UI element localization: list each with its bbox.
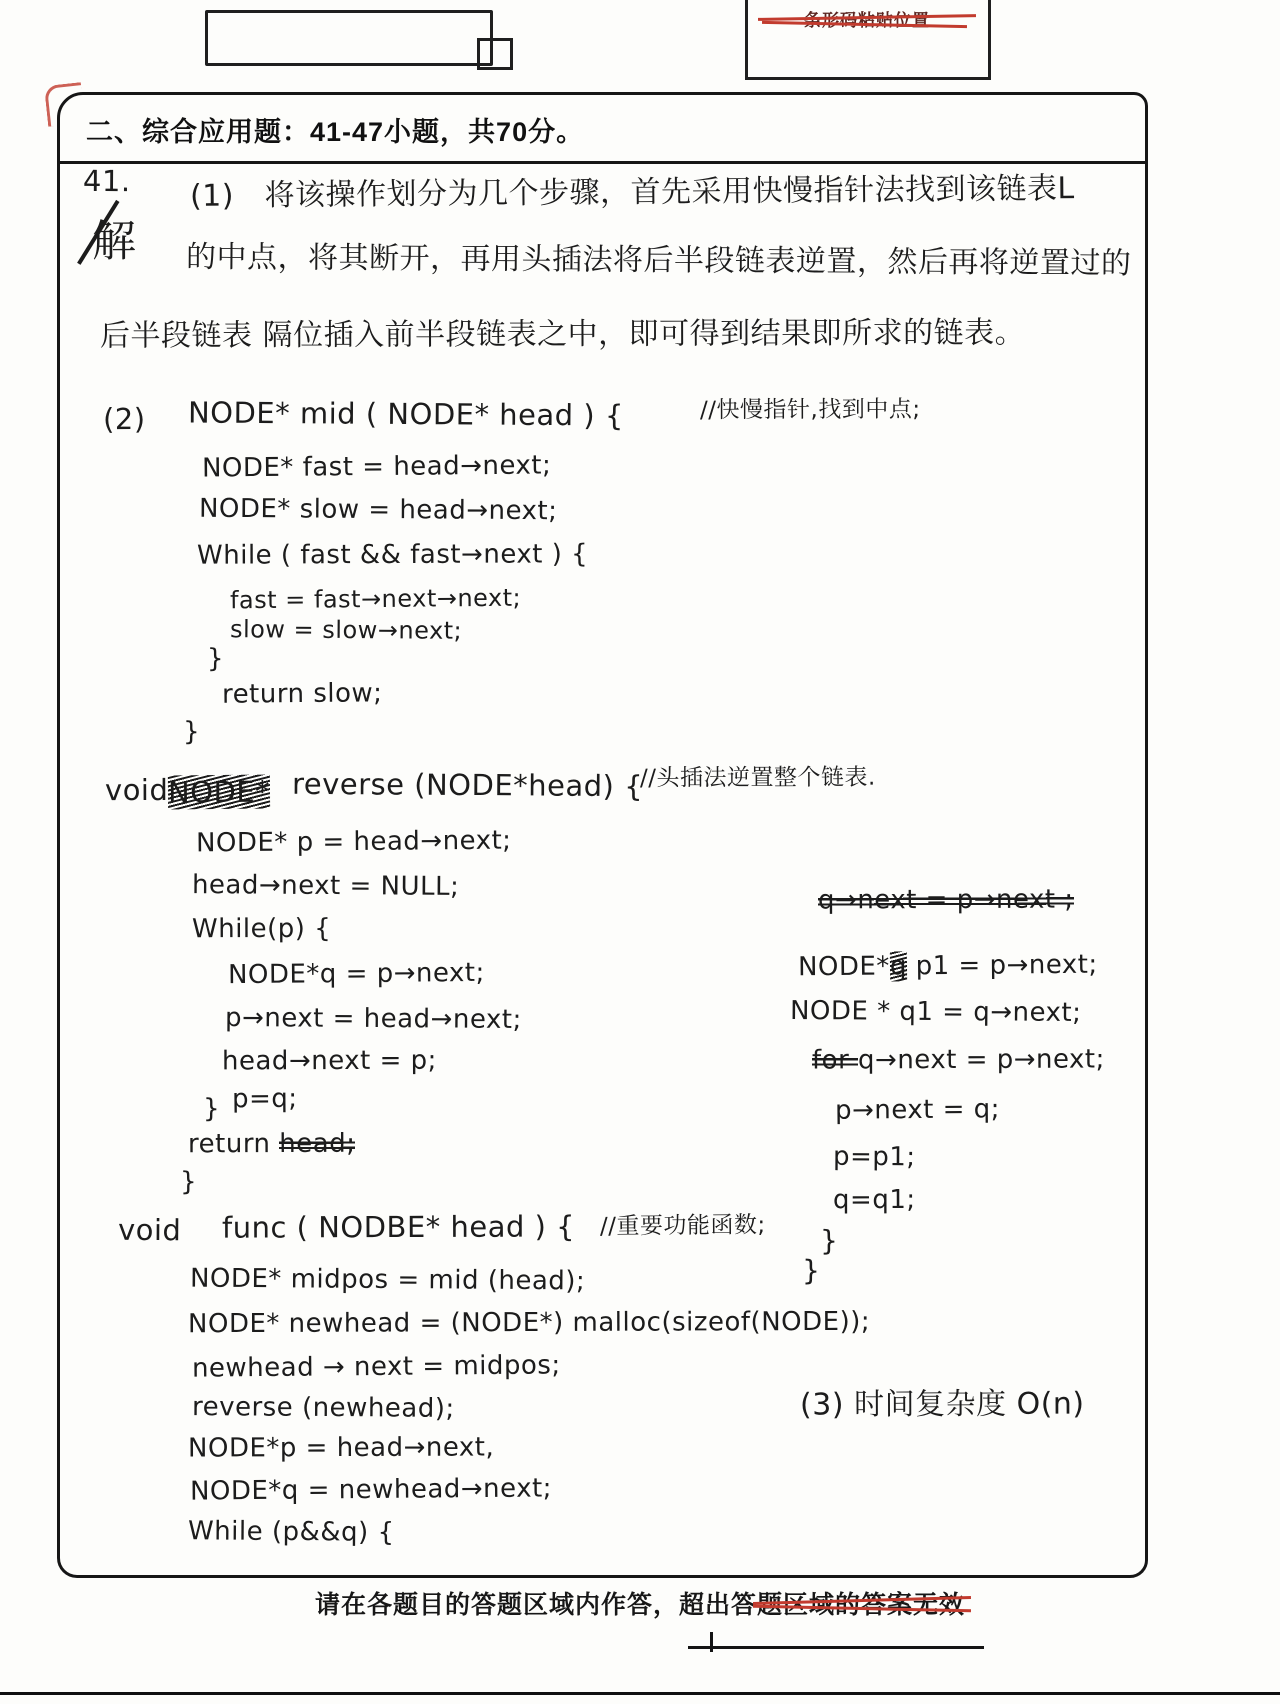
handwritten-line: NODE* — [168, 777, 270, 810]
text-run: 后半段链表 隔位插入前半段链表之中，即可得到结果即所求的链表。 — [100, 315, 1025, 353]
struck-text: NODE* — [168, 775, 270, 810]
text-run: return slow; — [222, 678, 383, 709]
handwritten-line: return head; — [188, 1130, 356, 1159]
text-run: While(p) { — [192, 914, 331, 944]
text-run: } — [183, 717, 200, 747]
text-run: reverse (newhead); — [192, 1392, 455, 1424]
page-bottom-line — [0, 1692, 1280, 1695]
text-run: //头插法逆置整个链表. — [640, 765, 876, 792]
text-run: p=q; — [232, 1084, 298, 1115]
text-run: q→next = p→next; — [858, 1044, 1105, 1075]
answer-sheet-page: 条形码粘贴位置 二、综合应用题：41-47小题，共70分。 41.解(1) 将该… — [0, 0, 1280, 1704]
handwritten-line: 的中点，将其断开，再用头插法将后半段链表逆置，然后再将逆置过的 — [186, 241, 1132, 281]
text-run: void — [118, 1213, 182, 1247]
text-run: return — [188, 1129, 279, 1159]
text-run: p→next = head→next; — [225, 1003, 522, 1035]
handwritten-line: While(p) { — [192, 915, 331, 944]
text-run: fast = fast→next→next; — [230, 584, 521, 615]
text-run: NODE*q = p→next; — [228, 958, 485, 990]
handwritten-line: } — [203, 1095, 220, 1124]
text-run: 解 — [92, 218, 137, 267]
handwritten-line: p→next = q; — [835, 1095, 1000, 1125]
handwritten-line: //头插法逆置整个链表. — [640, 766, 876, 792]
struck-text: q→next = p→next ; — [818, 885, 1074, 916]
handwritten-line: reverse (NODE*head) { — [292, 769, 643, 803]
text-run: (2) — [103, 402, 146, 436]
score-box — [205, 10, 493, 66]
text-run: //快慢指针,找到中点; — [700, 397, 921, 424]
text-run: NODE* p = head→next; — [196, 826, 512, 859]
text-run: } — [820, 1224, 839, 1257]
text-run: (3) 时间复杂度 O(n) — [800, 1387, 1085, 1423]
text-run: } — [180, 1167, 197, 1197]
handwritten-line: } — [180, 1168, 197, 1197]
text-run: NODE * q1 = q→next; — [790, 996, 1082, 1028]
handwritten-line: p→next = head→next; — [225, 1004, 522, 1035]
handwritten-line: reverse (newhead); — [192, 1393, 455, 1423]
handwritten-line: NODE * q1 = q→next; — [790, 997, 1082, 1028]
handwritten-line: p=q; — [232, 1085, 298, 1114]
handwritten-line: 后半段链表 隔位插入前半段链表之中，即可得到结果即所求的链表。 — [100, 316, 1025, 352]
handwritten-line: head→next = NULL; — [192, 871, 460, 901]
text-run: reverse (NODE*head) { — [292, 767, 643, 803]
handwritten-line: q=q1; — [833, 1186, 916, 1215]
struck-text: q — [890, 951, 907, 981]
handwritten-line: q→next = p→next ; — [818, 886, 1074, 915]
handwritten-line: p=p1; — [833, 1143, 916, 1172]
text-run: p=p1; — [833, 1142, 916, 1173]
footer-underline — [688, 1646, 984, 1649]
struck-text: head; — [279, 1129, 355, 1159]
handwritten-line: } — [207, 645, 224, 674]
text-run: NODE* slow = head→next; — [199, 494, 558, 527]
handwritten-line: NODE*q = newhead→next; — [190, 1474, 552, 1506]
text-run: 41. — [83, 164, 131, 198]
text-run: NODE* mid ( NODE* head ) { — [188, 395, 624, 432]
footer-instruction: 请在各题目的答题区域内作答，超出答题区域的答案无效 — [0, 1585, 1280, 1621]
handwritten-line: (2) — [103, 404, 146, 436]
text-run: NODE* — [798, 952, 890, 983]
handwritten-line: //快慢指针,找到中点; — [700, 398, 921, 424]
handwritten-line: NODE* fast = head→next; — [202, 451, 552, 483]
handwritten-line: fast = fast→next→next; — [230, 585, 521, 614]
handwritten-line: void — [118, 1215, 182, 1247]
handwritten-line: slow = slow→next; — [230, 616, 462, 644]
text-run: //重要功能函数; — [600, 1212, 766, 1239]
handwritten-line: 41. — [83, 166, 131, 198]
handwritten-line: While (p&&q) { — [188, 1517, 395, 1547]
handwritten-line: for q→next = p→next; — [812, 1045, 1105, 1075]
handwritten-line: NODE*p = head→next, — [188, 1433, 494, 1463]
footer-text: 请在各题目的答题区域内作答，超出答 — [315, 1591, 757, 1619]
footer-text-red-marked: 题区域的答案无效 — [757, 1585, 965, 1621]
text-run: head→next = p; — [222, 1046, 437, 1077]
handwritten-line: NODE* mid ( NODE* head ) { — [188, 397, 624, 432]
text-run: NODE* fast = head→next; — [202, 450, 552, 483]
text-run: q=q1; — [833, 1185, 916, 1215]
handwritten-line: } — [183, 718, 200, 747]
text-run: p→next = q; — [835, 1094, 1000, 1125]
text-run: head→next = NULL; — [192, 870, 460, 902]
footer-tick-mark — [710, 1632, 713, 1652]
section-title: 二、综合应用题：41-47小题，共70分。 — [86, 110, 584, 149]
text-run: p1 = p→next; — [907, 950, 1098, 982]
text-run: } — [207, 644, 224, 674]
handwritten-line: NODE* slow = head→next; — [199, 495, 558, 526]
handwritten-line: (3) 时间复杂度 O(n) — [800, 1388, 1085, 1422]
handwritten-line: //重要功能函数; — [600, 1213, 766, 1240]
handwritten-line: NODE* newhead = (NODE*) malloc(sizeof(NO… — [188, 1308, 870, 1339]
handwritten-line: return slow; — [222, 679, 383, 709]
text-run: NODE* newhead = (NODE*) malloc(sizeof(NO… — [188, 1307, 870, 1339]
handwritten-line: head→next = p; — [222, 1047, 437, 1076]
handwritten-line: (1) 将该操作划分为几个步骤，首先采用快慢指针法找到该链表L — [190, 172, 1075, 213]
text-run: NODE* midpos = mid (head); — [190, 1264, 585, 1297]
handwritten-line: While ( fast && fast→next ) { — [197, 540, 588, 570]
handwritten-line: 解 — [92, 218, 137, 267]
handwritten-line: NODE*q p1 = p→next; — [798, 951, 1098, 982]
handwritten-line: newhead → next = midpos; — [192, 1351, 561, 1383]
text-run: slow = slow→next; — [230, 615, 462, 645]
text-run: While ( fast && fast→next ) { — [197, 539, 588, 570]
handwritten-line: } — [820, 1226, 839, 1257]
handwritten-line: NODE* midpos = mid (head); — [190, 1265, 585, 1296]
handwritten-line: func ( NODBE* head ) { — [222, 1211, 575, 1244]
handwritten-line: void — [105, 775, 168, 807]
handwritten-line: NODE*q = p→next; — [228, 959, 485, 990]
text-run: func ( NODBE* head ) { — [222, 1209, 575, 1244]
text-run: While (p&&q) { — [188, 1516, 395, 1547]
text-run: } — [203, 1094, 220, 1124]
handwritten-line: } — [802, 1256, 821, 1287]
text-run: 的中点，将其断开，再用头插法将后半段链表逆置，然后再将逆置过的 — [186, 240, 1132, 282]
struck-text: for — [812, 1045, 858, 1075]
text-run: newhead → next = midpos; — [192, 1350, 561, 1383]
handwritten-line: NODE* p = head→next; — [196, 827, 512, 858]
header-divider — [57, 161, 1148, 164]
score-box-small — [477, 38, 513, 70]
text-run: void — [105, 773, 168, 807]
text-run: NODE*p = head→next, — [188, 1432, 494, 1463]
text-run: } — [802, 1254, 821, 1287]
text-run: NODE*q = newhead→next; — [190, 1473, 552, 1506]
